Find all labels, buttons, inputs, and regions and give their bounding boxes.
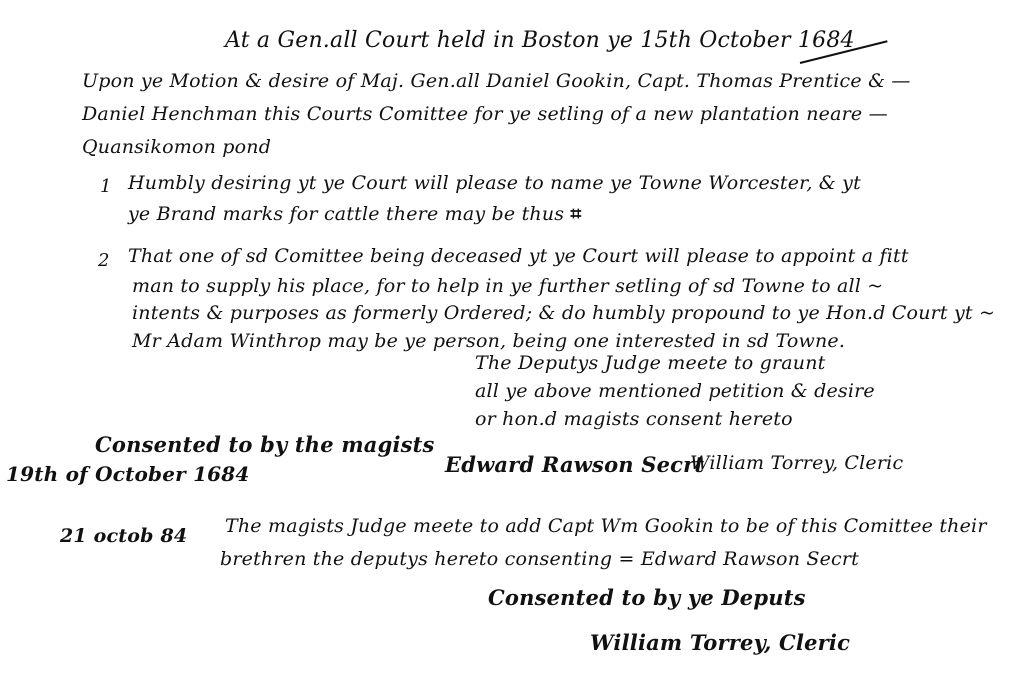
petition-intro-line-3: Quansikomon pond bbox=[82, 136, 271, 158]
signature-william-torrey-1: William Torrey, Cleric bbox=[690, 452, 903, 474]
petition-intro-line-1: Upon ye Motion & desire of Maj. Gen.all … bbox=[82, 70, 911, 92]
deputies-vote-line-3: or hon.d magists consent hereto bbox=[475, 408, 793, 430]
second-entry-line-1: The magists Judge meete to add Capt Wm G… bbox=[225, 515, 987, 537]
item-1-line-1: Humbly desiring yt ye Court will please … bbox=[128, 172, 861, 194]
item-2-line-4: Mr Adam Winthrop may be ye person, being… bbox=[132, 330, 845, 352]
item-number-2: 2 bbox=[98, 250, 109, 271]
deputies-vote-line-1: The Deputys Judge meete to graunt bbox=[475, 352, 826, 374]
item-2-line-3: intents & purposes as formerly Ordered; … bbox=[132, 302, 995, 324]
item-1-line-2-text: ye Brand marks for cattle there may be t… bbox=[128, 203, 564, 225]
document-heading: At a Gen.all Court held in Boston ye 15t… bbox=[225, 28, 855, 53]
deputies-vote-line-2: all ye above mentioned petition & desire bbox=[475, 380, 875, 402]
signature-william-torrey-2: William Torrey, Cleric bbox=[590, 630, 850, 655]
magistrates-consent-text: Consented to by the magists bbox=[95, 432, 435, 457]
second-entry-line-2: brethren the deputys hereto consenting =… bbox=[220, 548, 859, 570]
consent-margin-date: 19th of October 1684 bbox=[6, 462, 250, 486]
item-1-line-2: ye Brand marks for cattle there may be t… bbox=[128, 203, 581, 225]
signature-edward-rawson: Edward Rawson Secrt bbox=[445, 452, 704, 477]
brand-mark-icon: ⌗ bbox=[571, 203, 582, 225]
item-number-1: 1 bbox=[100, 176, 111, 197]
second-entry-margin-date: 21 octob 84 bbox=[60, 525, 187, 547]
item-2-line-2: man to supply his place, for to help in … bbox=[132, 275, 883, 297]
item-2-line-1: That one of sd Comittee being deceased y… bbox=[128, 245, 909, 267]
deputies-consent-text: Consented to by ye Deputs bbox=[488, 585, 806, 610]
petition-intro-line-2: Daniel Henchman this Courts Comittee for… bbox=[82, 103, 888, 125]
